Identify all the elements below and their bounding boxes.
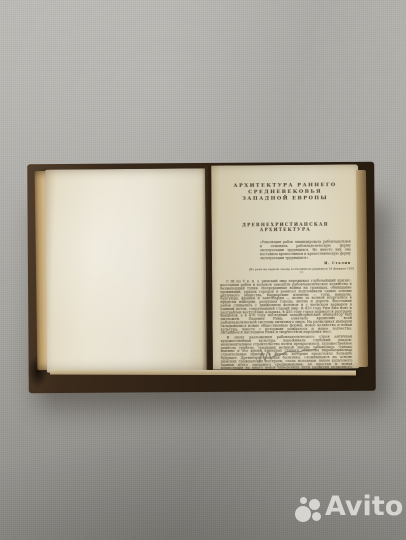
avito-logo-dot-medium	[309, 499, 320, 510]
page-block-bottom-edge	[50, 369, 356, 375]
avito-logo-dot-large	[295, 506, 311, 522]
right-page-text-block: АРХИТЕКТУРА РАННЕГО СРЕДНЕВЕКОВЬЯ ЗАПАДН…	[211, 164, 360, 369]
avito-logo-dot-small	[300, 497, 307, 504]
chapter-heading-line2: ЗАПАДНОЙ ЕВРОПЫ	[219, 194, 351, 202]
page-block-fore-edge	[356, 170, 368, 367]
avito-wordmark: Avito	[325, 491, 403, 522]
avito-watermark: Avito	[295, 495, 401, 529]
page-number: 3	[348, 349, 350, 353]
section-title: ДРЕВНЕХРИСТИАНСКАЯ АРХИТЕКТУРА	[220, 222, 352, 233]
right-page: АРХИТЕКТУРА РАННЕГО СРЕДНЕВЕКОВЬЯ ЗАПАДН…	[211, 164, 360, 369]
epigraph-text: «Революция рабов ликвидировала рабовладе…	[260, 239, 351, 260]
pencil-scribble	[256, 344, 318, 366]
photo-background: АРХИТЕКТУРА РАННЕГО СРЕДНЕВЕКОВЬЯ ЗАПАДН…	[0, 0, 406, 540]
epigraph-source: (Из речи на первом съезде колхозников-уд…	[248, 268, 355, 275]
avito-logo-dot-right	[312, 512, 321, 521]
left-page-blank	[45, 168, 207, 372]
chapter-heading-line1: АРХИТЕКТУРА РАННЕГО СРЕДНЕВЕКОВЬЯ	[219, 181, 351, 195]
avito-logo-icon	[295, 497, 323, 525]
body-paragraph-1: С III по V в. н. э. римский мир пережива…	[220, 279, 352, 335]
epigraph-attribution: И. Сталин	[260, 261, 351, 266]
